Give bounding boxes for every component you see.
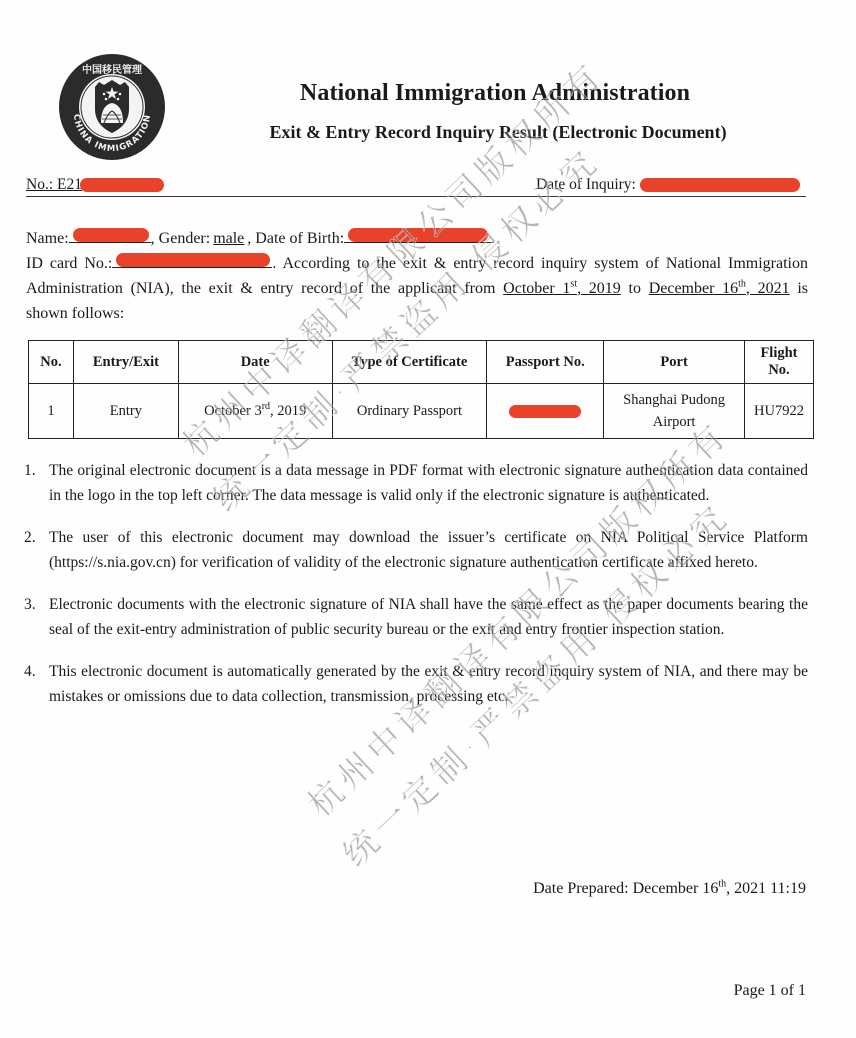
applicant-line-1: Name:, Gender:male, Date of Birth: bbox=[26, 226, 808, 251]
applicant-info: Name:, Gender:male, Date of Birth: ID ca… bbox=[26, 226, 808, 326]
column-header-date: Date bbox=[178, 341, 332, 384]
cell-flight-no: HU7922 bbox=[744, 384, 813, 439]
column-header-passport-no: Passport No. bbox=[487, 341, 604, 384]
notes-list: 1. The original electronic document is a… bbox=[24, 458, 808, 726]
cell-date: October 3rd, 2019 bbox=[178, 384, 332, 439]
id-card-field bbox=[112, 251, 272, 268]
svg-text:中国移民管理: 中国移民管理 bbox=[82, 63, 143, 76]
applicant-line-4: shown follows: bbox=[26, 301, 808, 326]
table-header-row: No. Entry/Exit Date Type of Certificate … bbox=[29, 341, 814, 384]
name-field bbox=[69, 226, 151, 243]
note-item: 4. This electronic document is automatic… bbox=[24, 659, 808, 709]
cell-certificate-type: Ordinary Passport bbox=[332, 384, 487, 439]
column-header-entry-exit: Entry/Exit bbox=[73, 341, 178, 384]
china-immigration-emblem-icon: 中国移民管理 CHINA IMMIGRATION bbox=[58, 53, 166, 161]
date-prepared: Date Prepared: December 16th, 2021 11:19 bbox=[533, 880, 806, 898]
document-title: National Immigration Administration bbox=[0, 80, 856, 107]
note-item: 2. The user of this electronic document … bbox=[24, 525, 808, 575]
column-header-no: No. bbox=[29, 341, 74, 384]
redaction-mark bbox=[116, 253, 270, 267]
column-header-flight-no: Flight No. bbox=[744, 341, 813, 384]
applicant-line-3: Administration (NIA), the exit & entry r… bbox=[26, 276, 808, 301]
page-number: Page 1 of 1 bbox=[734, 982, 806, 1000]
cell-no: 1 bbox=[29, 384, 74, 439]
to-date: December 16th, 2021 bbox=[649, 280, 790, 297]
table-row: 1 Entry October 3rd, 2019 Ordinary Passp… bbox=[29, 384, 814, 439]
cell-port: Shanghai PudongAirport bbox=[604, 384, 745, 439]
date-of-inquiry: Date of Inquiry: bbox=[536, 176, 800, 194]
document-meta-line: No.: E21 Date of Inquiry: bbox=[26, 174, 806, 197]
note-item: 1. The original electronic document is a… bbox=[24, 458, 808, 508]
cell-passport-no bbox=[487, 384, 604, 439]
cell-entry-exit: Entry bbox=[73, 384, 178, 439]
applicant-line-2: ID card No.:. According to the exit & en… bbox=[26, 251, 808, 276]
date-of-birth-field bbox=[344, 226, 494, 243]
from-date: October 1st, 2019 bbox=[503, 280, 621, 297]
note-item: 3. Electronic documents with the electro… bbox=[24, 592, 808, 642]
column-header-certificate-type: Type of Certificate bbox=[332, 341, 487, 384]
records-table: No. Entry/Exit Date Type of Certificate … bbox=[28, 340, 814, 439]
redaction-mark bbox=[348, 228, 488, 242]
document-subtitle: Exit & Entry Record Inquiry Result (Elec… bbox=[0, 122, 856, 143]
gender-value: male bbox=[210, 230, 247, 247]
document-number: No.: E21 bbox=[26, 176, 164, 194]
column-header-port: Port bbox=[604, 341, 745, 384]
redaction-mark bbox=[509, 405, 581, 418]
redaction-mark bbox=[640, 178, 800, 192]
document-page: 中国移民管理 CHINA IMMIGRATION National Immigr… bbox=[0, 0, 856, 1038]
redaction-mark bbox=[73, 228, 149, 242]
redaction-mark bbox=[80, 178, 164, 192]
